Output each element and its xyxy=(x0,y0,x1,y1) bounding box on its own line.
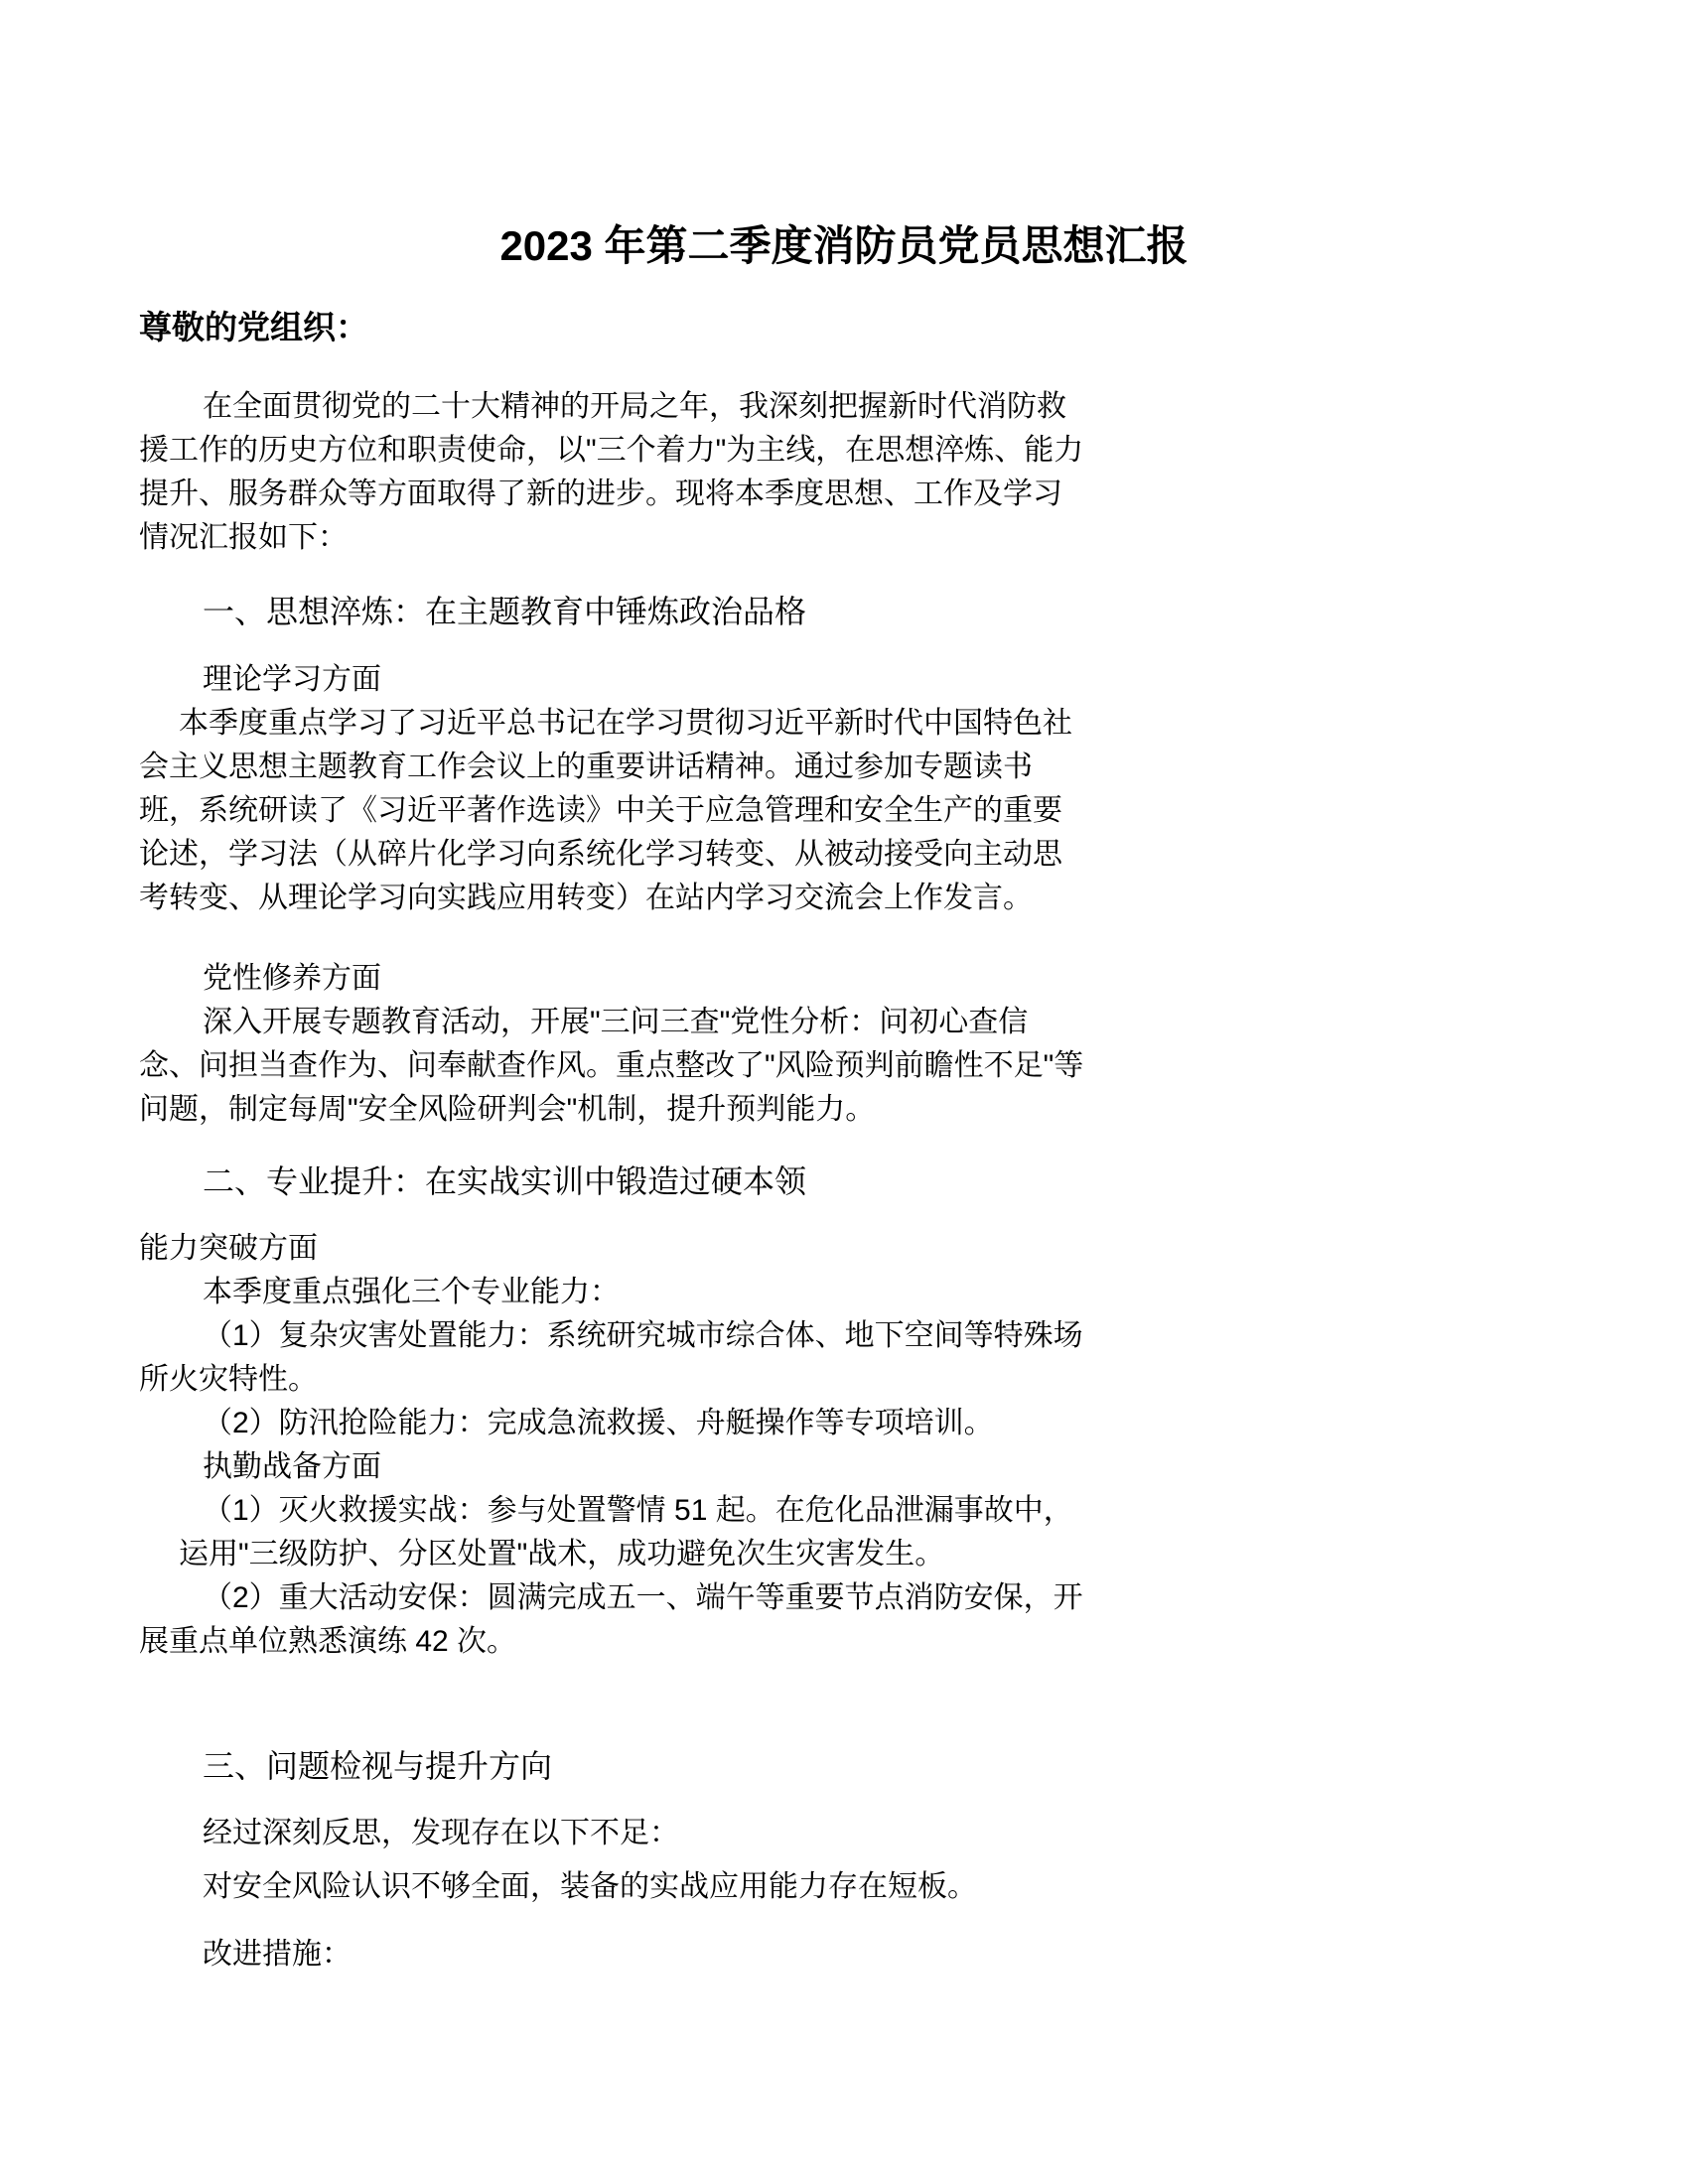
heading-section-1: 一、思想淬炼：在主题教育中锤炼政治品格 xyxy=(139,590,1084,633)
paragraph-theory-study: 本季度重点学习了习近平总书记在学习贯彻习近平新时代中国特色社会主义思想主题教育工… xyxy=(139,702,1084,920)
list-item-flood-rescue: （2）防汛抢险能力：完成急流救援、舟艇操作等专项培训。 xyxy=(139,1402,1084,1445)
heading-section-2: 二、专业提升：在实战实训中锻造过硬本领 xyxy=(139,1160,1084,1203)
subsection-label-party-cultivation: 党性修养方面 xyxy=(139,957,1084,1001)
salutation: 尊敬的党组织： xyxy=(139,306,1549,349)
paragraph-reflection-lead: 经过深刻反思，发现存在以下不足： xyxy=(139,1812,1084,1855)
document-page: 2023 年第二季度消防员党员思想汇报 尊敬的党组织： 在全面贯彻党的二十大精神… xyxy=(0,0,1688,2184)
paragraph-improvement-label: 改进措施： xyxy=(139,1933,1084,1977)
list-item-major-event-security: （2）重大活动安保：圆满完成五一、端午等重要节点消防安保，开展重点单位熟悉演练 … xyxy=(139,1576,1084,1664)
list-item-firefighting-combat: （1）灭火救援实战：参与处置警情 51 起。在危化品泄漏事故中，运用"三级防护、… xyxy=(139,1489,1084,1576)
subsection-label-capability-breakthrough: 能力突破方面 xyxy=(139,1227,1084,1271)
paragraph-party-cultivation: 深入开展专题教育活动，开展"三问三查"党性分析：问初心查信念、问担当查作为、问奉… xyxy=(139,1001,1084,1132)
list-item-disaster-handling: （1）复杂灾害处置能力：系统研究城市综合体、地下空间等特殊场所火灾特性。 xyxy=(139,1314,1084,1402)
heading-section-3: 三、问题检视与提升方向 xyxy=(139,1744,1084,1788)
paragraph-shortcomings: 对安全风险认识不够全面，装备的实战应用能力存在短板。 xyxy=(139,1865,1084,1909)
document-content: 2023 年第二季度消防员党员思想汇报 尊敬的党组织： 在全面贯彻党的二十大精神… xyxy=(139,0,1549,1977)
subsection-label-theory-study: 理论学习方面 xyxy=(139,658,1084,702)
paragraph-capability-lead: 本季度重点强化三个专业能力： xyxy=(139,1271,1084,1314)
subsection-label-duty-readiness: 执勤战备方面 xyxy=(139,1445,1084,1489)
intro-paragraph: 在全面贯彻党的二十大精神的开局之年，我深刻把握新时代消防救援工作的历史方位和职责… xyxy=(139,385,1084,560)
document-title: 2023 年第二季度消防员党员思想汇报 xyxy=(139,220,1549,272)
